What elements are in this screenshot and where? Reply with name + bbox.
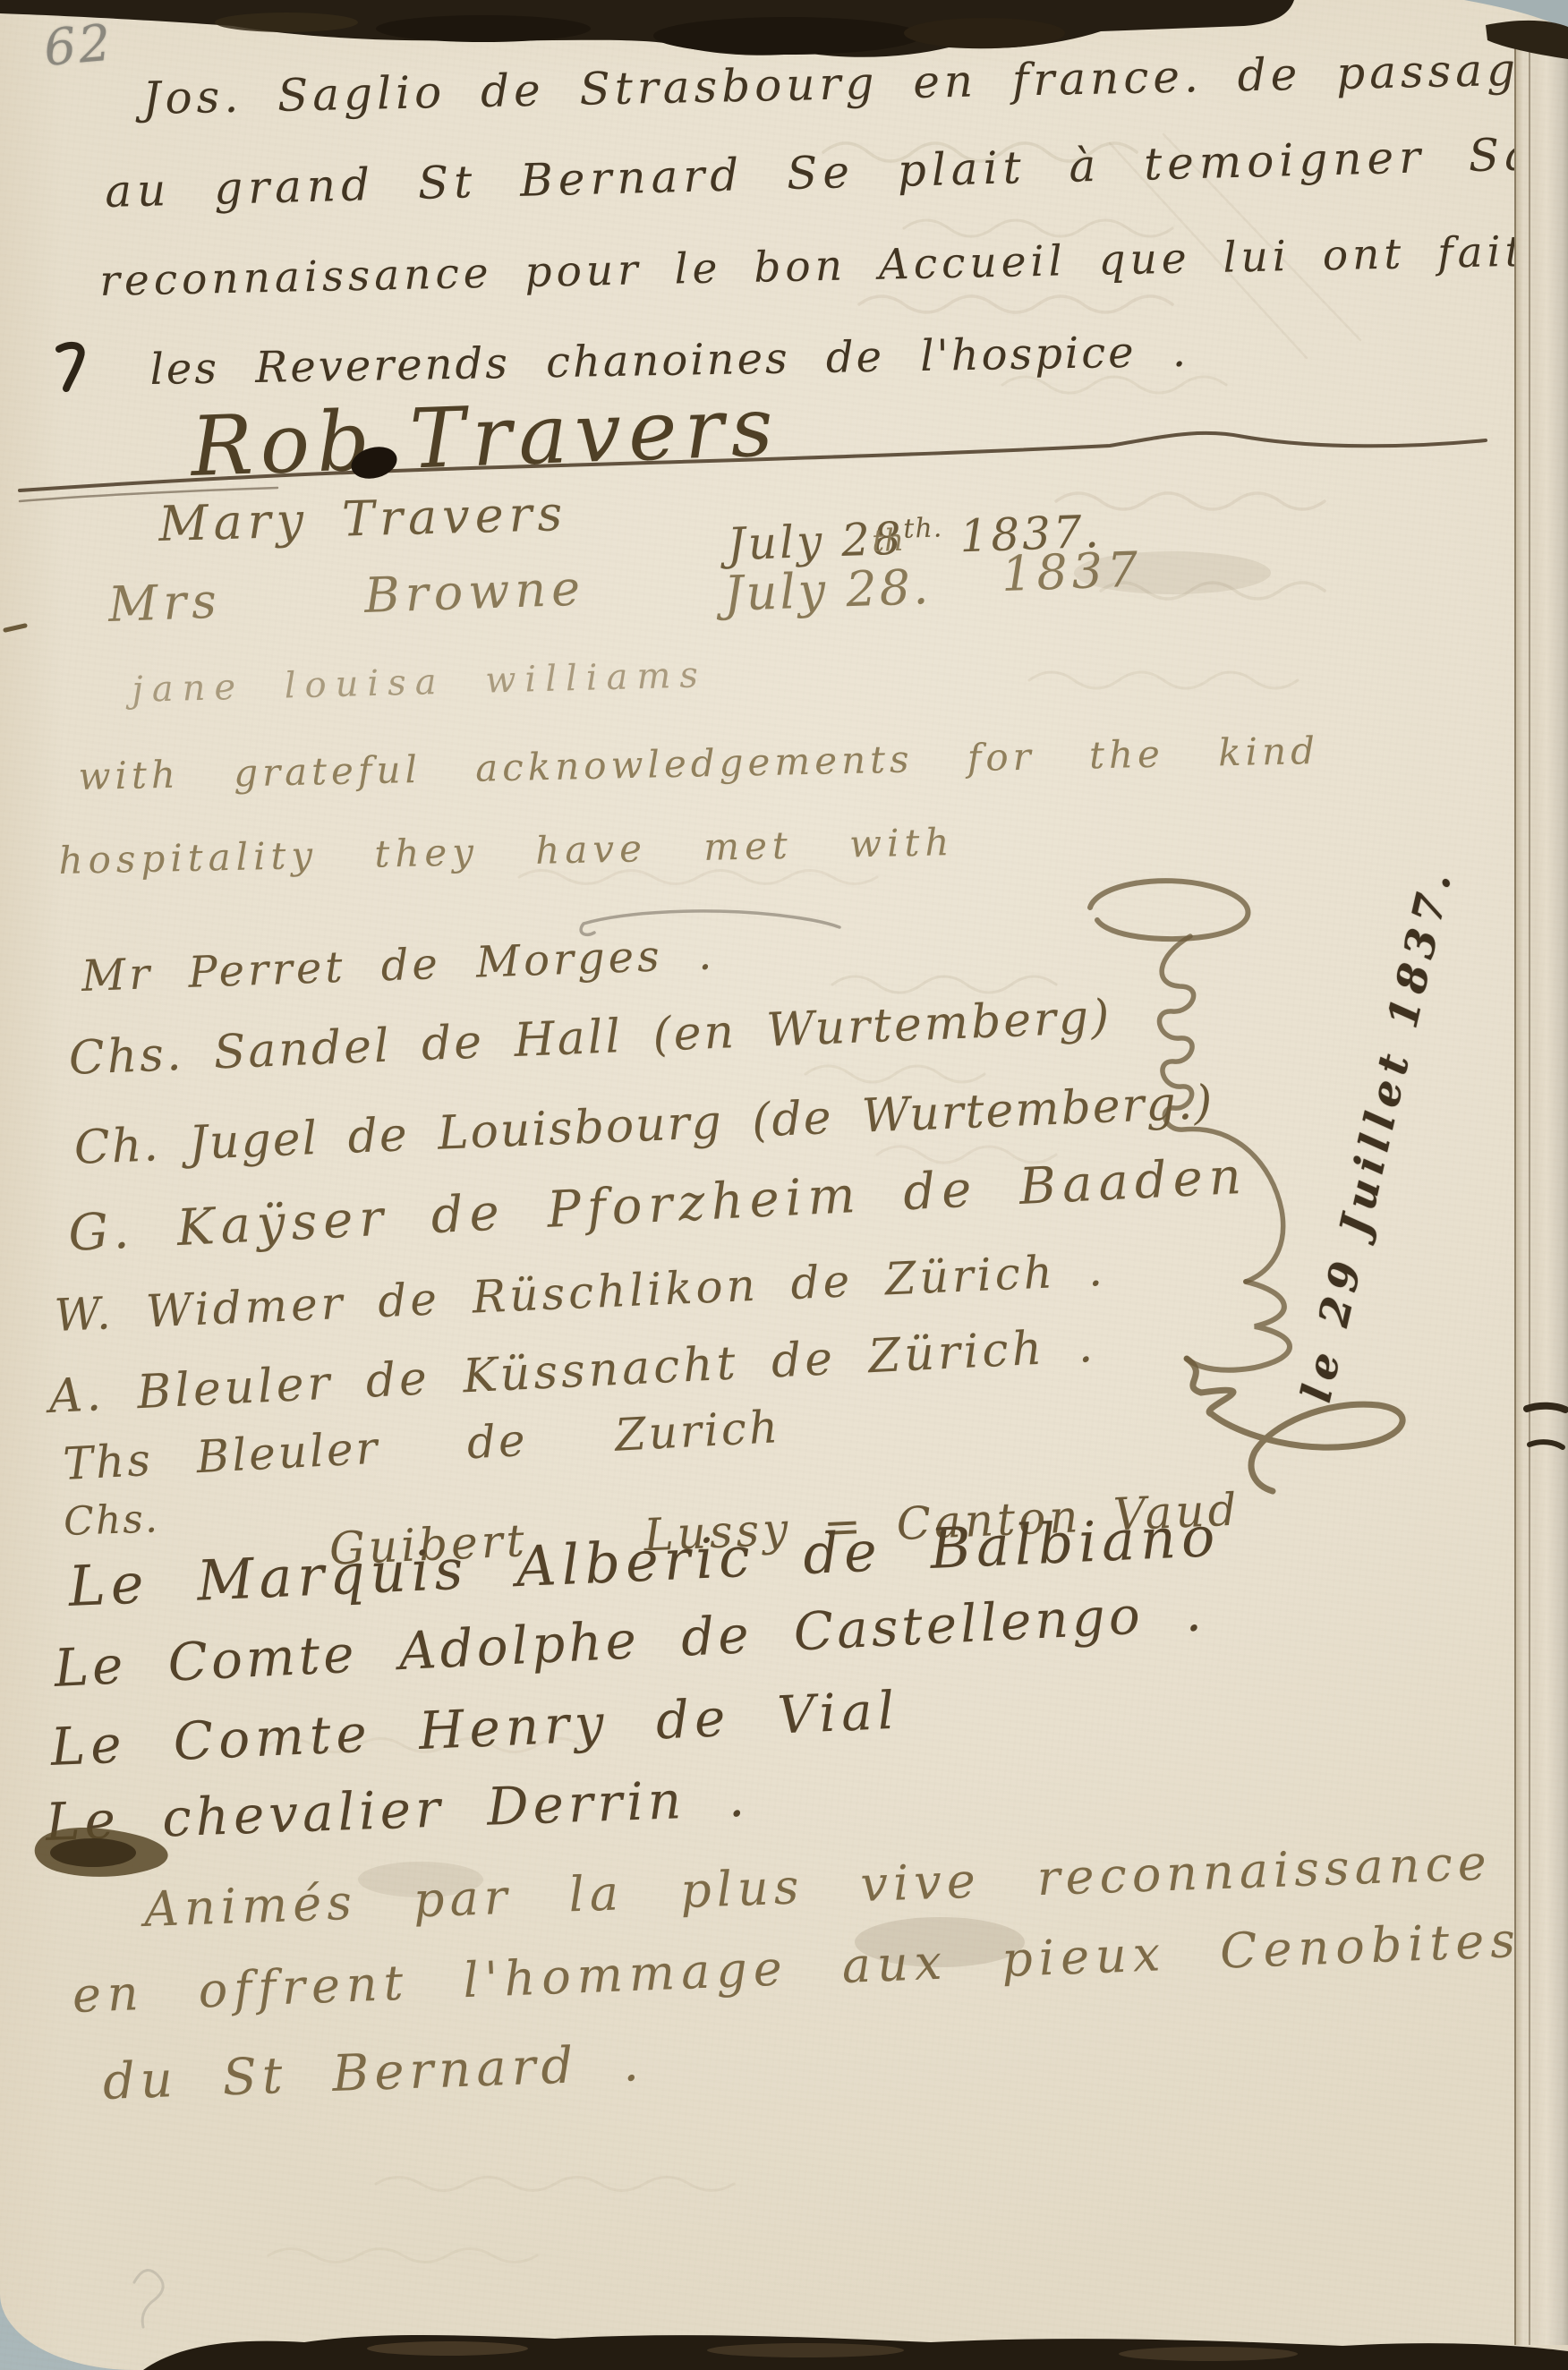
- browne-date: July 28.: [723, 562, 932, 620]
- fore-edge-crease: [1529, 36, 1530, 2345]
- browne-year: 1837: [1001, 545, 1143, 601]
- browne-date-ordinal: th: [872, 525, 905, 558]
- guest-guibert-prefix: Chs.: [63, 1498, 159, 1543]
- page-number: 62: [42, 17, 115, 75]
- mary-date-ordinal: th.: [903, 512, 943, 545]
- manuscript-page: 62 Jos. Saglio de Strasbourg en france. …: [0, 0, 1568, 2370]
- fore-edge: [1514, 36, 1568, 2345]
- mary-travers-name: Mary Travers: [158, 489, 568, 550]
